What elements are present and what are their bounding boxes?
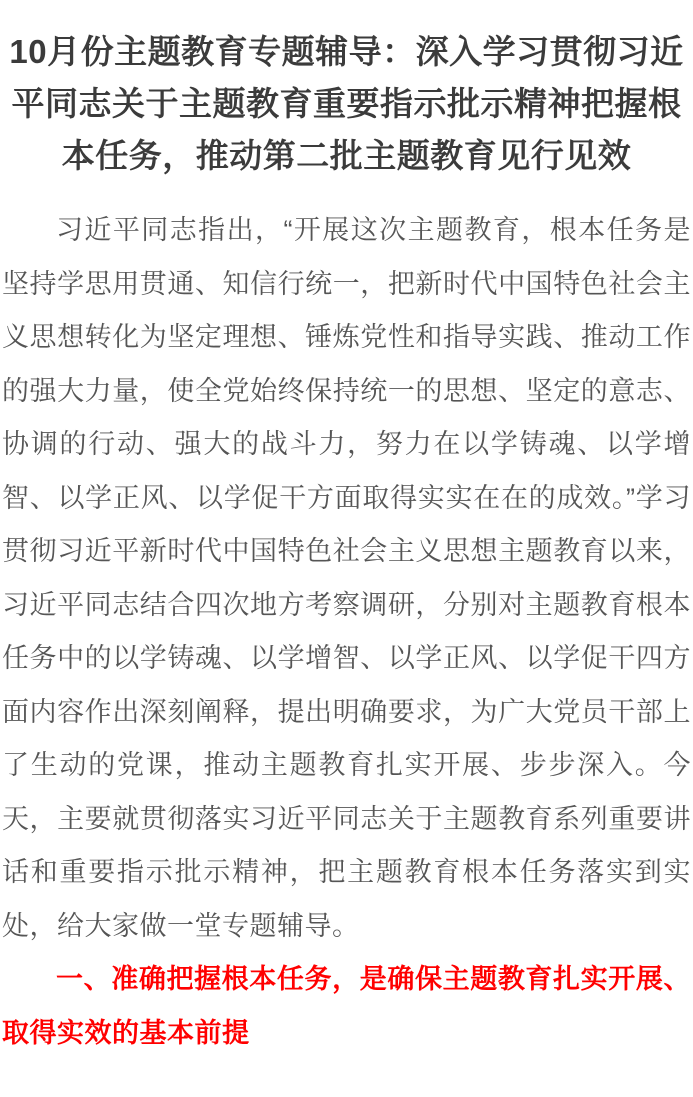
article-body-paragraph: 习近平同志指出，“开展这次主题教育，根本任务是坚持学思用贯通、知信行统一，把新时… — [2, 204, 691, 953]
article-title: 10月份主题教育专题辅导：深入学习贯彻习近平同志关于主题教育重要指示批示精神把握… — [6, 26, 687, 182]
article-page: 10月份主题教育专题辅导：深入学习贯彻习近平同志关于主题教育重要指示批示精神把握… — [0, 0, 693, 1097]
section-heading-1: 一、准确把握根本任务，是确保主题教育扎实开展、取得实效的基本前提 — [2, 953, 691, 1060]
